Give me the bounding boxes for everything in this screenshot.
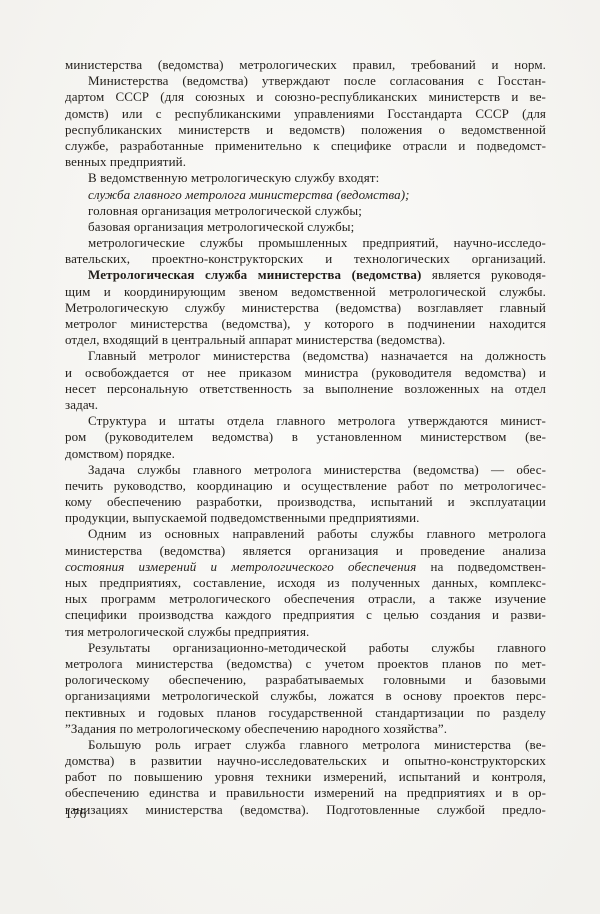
body-text: домства) в развитии научно-исследователь… xyxy=(65,753,546,768)
body-text: домством) порядке. xyxy=(65,446,175,461)
text-line: рологическому обеспечению, разрабатываем… xyxy=(65,672,546,688)
text-line: кому обеспечению разработки, производств… xyxy=(65,494,546,510)
body-text: кому обеспечению разработки, производств… xyxy=(65,494,546,509)
text-line: специфики производства каждого предприят… xyxy=(65,607,546,623)
body-text: домств) или с республиканскими управлени… xyxy=(65,106,546,121)
body-text: рологическому обеспечению, разрабатываем… xyxy=(65,672,546,687)
body-text: Результаты организационно-методической р… xyxy=(88,640,546,655)
text-line: щим и координирующим звеном ведомственно… xyxy=(65,284,546,300)
page-text: министерства (ведомства) метрологических… xyxy=(65,57,546,818)
text-line: работ по повышению уровня техники измере… xyxy=(65,769,546,785)
text-line: ром (руководителем ведомства) в установл… xyxy=(65,429,546,445)
body-text: специфики производства каждого предприят… xyxy=(65,607,546,622)
page-number: 176 xyxy=(65,806,87,822)
text-line: Главный метролог министерства (ведомства… xyxy=(65,348,546,364)
text-line: министерства (ведомства) метрологических… xyxy=(65,57,546,73)
body-text: Большую роль играет служба главного метр… xyxy=(88,737,546,752)
text-line: задач. xyxy=(65,397,546,413)
text-line: домством) порядке. xyxy=(65,446,546,462)
body-text: Метрологическую службу министерства (вед… xyxy=(65,300,546,315)
text-line: Метрологическую службу министерства (вед… xyxy=(65,300,546,316)
text-line: Одним из основных направлений работы слу… xyxy=(65,526,546,542)
body-text: вательских, проектно-конструкторских и т… xyxy=(65,251,546,266)
body-text: дартом СССР (для союзных и союзно-респуб… xyxy=(65,89,546,104)
text-line: служба главного метролога министерства (… xyxy=(65,187,546,203)
body-text: организациями метрологической службы, ло… xyxy=(65,688,546,703)
text-line: тия метрологической службы предприятия. xyxy=(65,624,546,640)
body-text: Структура и штаты отдела главного метрол… xyxy=(88,413,546,428)
body-text: министерства (ведомства) является органи… xyxy=(65,543,546,558)
text-line: пективных и годовых планов государственн… xyxy=(65,705,546,721)
text-line: домства) в развитии научно-исследователь… xyxy=(65,753,546,769)
body-text: Министерства (ведомства) утверждают посл… xyxy=(88,73,546,88)
text-line: службе, разработанные применительно к сп… xyxy=(65,138,546,154)
text-line: ганизациях министерства (ведомства). Под… xyxy=(65,802,546,818)
text-line: министерства (ведомства) является органи… xyxy=(65,543,546,559)
text-line: и освобождается от нее приказом министра… xyxy=(65,365,546,381)
text-line: отдел, входящий в центральный аппарат ми… xyxy=(65,332,546,348)
body-text: является руководя- xyxy=(421,267,546,282)
text-line: Министерства (ведомства) утверждают посл… xyxy=(65,73,546,89)
body-text: республиканских министерств и ведомств) … xyxy=(65,122,546,137)
text-line: Задача службы главного метролога министе… xyxy=(65,462,546,478)
text-line: вательских, проектно-конструкторских и т… xyxy=(65,251,546,267)
text-line: базовая организация метрологической служ… xyxy=(65,219,546,235)
italic-text: служба главного метролога министерства (… xyxy=(88,187,410,202)
body-text: В ведомственную метрологическую службу в… xyxy=(88,170,379,185)
body-text: ных программ метрологического обеспечени… xyxy=(65,591,546,606)
body-text: Задача службы главного метролога министе… xyxy=(88,462,546,477)
body-text: пективных и годовых планов государственн… xyxy=(65,705,546,720)
text-line: Метрологическая служба министерства (вед… xyxy=(65,267,546,283)
text-line: метролога министерства (ведомства) с уче… xyxy=(65,656,546,672)
body-text: Главный метролог министерства (ведомства… xyxy=(88,348,546,363)
bold-text: Метрологическая служба министерства (вед… xyxy=(88,267,421,282)
text-line: дартом СССР (для союзных и союзно-респуб… xyxy=(65,89,546,105)
body-text: и освобождается от нее приказом министра… xyxy=(65,365,546,380)
text-line: печить руководство, координацию и осущес… xyxy=(65,478,546,494)
body-text: метролог министерства (ведомства), у кот… xyxy=(65,316,546,331)
body-text: отдел, входящий в центральный аппарат ми… xyxy=(65,332,445,347)
text-line: несет персональную ответственность за вы… xyxy=(65,381,546,397)
text-line: состояния измерений и метрологического о… xyxy=(65,559,546,575)
body-text: продукции, выпускаемой подведомственными… xyxy=(65,510,420,525)
body-text: ганизациях министерства (ведомства). Под… xyxy=(65,802,546,817)
body-text: ром (руководителем ведомства) в установл… xyxy=(65,429,546,444)
text-line: республиканских министерств и ведомств) … xyxy=(65,122,546,138)
text-line: ”Задания по метрологическому обеспечению… xyxy=(65,721,546,737)
text-line: В ведомственную метрологическую службу в… xyxy=(65,170,546,186)
text-line: домств) или с республиканскими управлени… xyxy=(65,106,546,122)
text-line: венных предприятий. xyxy=(65,154,546,170)
body-text: министерства (ведомства) метрологических… xyxy=(65,57,546,72)
body-text: задач. xyxy=(65,397,98,412)
body-text: базовая организация метрологической служ… xyxy=(88,219,354,234)
body-text: службе, разработанные применительно к сп… xyxy=(65,138,546,153)
text-line: ных предприятиях, составление, исходя из… xyxy=(65,575,546,591)
text-line: организациями метрологической службы, ло… xyxy=(65,688,546,704)
text-line: метролог министерства (ведомства), у кот… xyxy=(65,316,546,332)
body-text: несет персональную ответственность за вы… xyxy=(65,381,546,396)
body-text: метрологические службы промышленных пред… xyxy=(88,235,546,250)
text-line: ных программ метрологического обеспечени… xyxy=(65,591,546,607)
body-text: обеспечению единства и правильности изме… xyxy=(65,785,546,800)
body-text: головная организация метрологической слу… xyxy=(88,203,362,218)
text-line: продукции, выпускаемой подведомственными… xyxy=(65,510,546,526)
italic-text: состояния измерений и метрологического о… xyxy=(65,559,416,574)
body-text: на подведомствен- xyxy=(416,559,546,574)
text-line: метрологические службы промышленных пред… xyxy=(65,235,546,251)
body-text: метролога министерства (ведомства) с уче… xyxy=(65,656,546,671)
book-page: министерства (ведомства) метрологических… xyxy=(0,0,600,914)
text-line: Структура и штаты отдела главного метрол… xyxy=(65,413,546,429)
text-line: головная организация метрологической слу… xyxy=(65,203,546,219)
body-text: печить руководство, координацию и осущес… xyxy=(65,478,546,493)
body-text: Одним из основных направлений работы слу… xyxy=(88,526,546,541)
text-line: обеспечению единства и правильности изме… xyxy=(65,785,546,801)
body-text: ”Задания по метрологическому обеспечению… xyxy=(65,721,447,736)
body-text: работ по повышению уровня техники измере… xyxy=(65,769,546,784)
body-text: ных предприятиях, составление, исходя из… xyxy=(65,575,546,590)
body-text: венных предприятий. xyxy=(65,154,186,169)
body-text: тия метрологической службы предприятия. xyxy=(65,624,309,639)
text-line: Результаты организационно-методической р… xyxy=(65,640,546,656)
text-line: Большую роль играет служба главного метр… xyxy=(65,737,546,753)
body-text: щим и координирующим звеном ведомственно… xyxy=(65,284,546,299)
